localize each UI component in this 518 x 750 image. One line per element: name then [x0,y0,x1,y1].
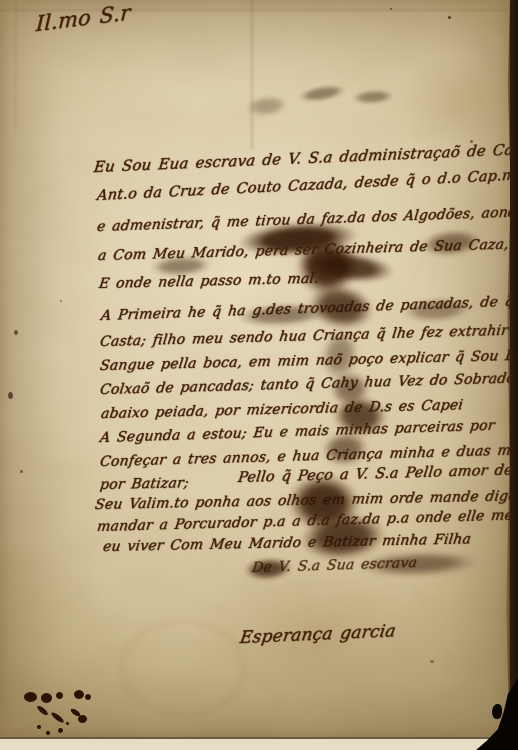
crease-left-edge [15,0,17,130]
paper-speck [14,330,18,335]
table-surface-strip [0,737,518,750]
ink-splatter-dot [85,694,91,700]
manuscript-photo: Il.mo S.r Eu Sou Eua escrava de V. S.a d… [0,0,518,750]
burn-mark [492,704,502,719]
paper-speck [20,470,23,473]
paper-speck [430,660,434,663]
ink-splatter-dot [66,722,69,725]
paper-speck [390,8,392,10]
crease-vertical [251,0,253,150]
ink-splatter-dot [56,692,63,699]
ink-splatter-dot [37,725,41,729]
ink-splatter-dot [74,690,84,699]
ink-splatter-dot [24,692,37,702]
manuscript-line: por Batizar; [99,475,190,493]
ink-splatter-dot [41,693,52,703]
paper-speck [470,140,473,143]
ink-splatter-dot [78,715,87,723]
paper-speck [448,16,451,19]
paper-speck [60,300,62,302]
ink-splatter-dot [46,731,50,735]
ink-splatter-dot [58,728,63,733]
paper-speck [8,392,13,399]
